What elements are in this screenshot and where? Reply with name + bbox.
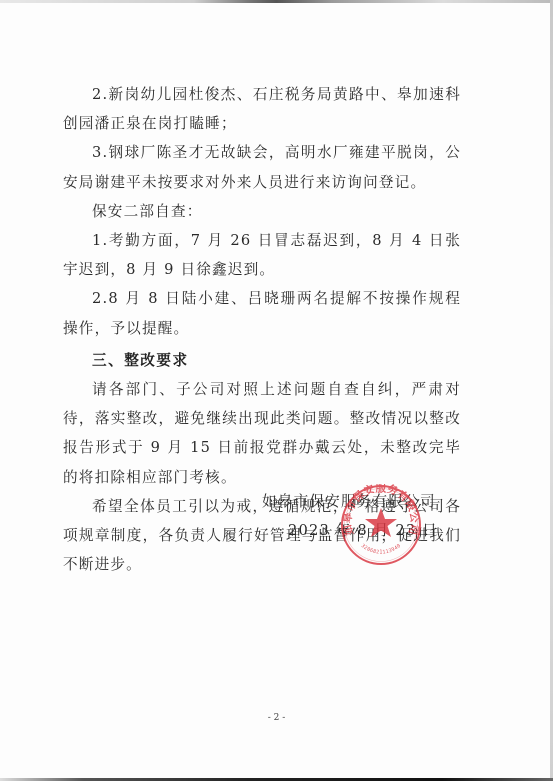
paragraph-self-check-title: 保安二部自查： bbox=[63, 197, 461, 226]
paragraph-item-2: 2.新岗幼儿园杜俊杰、石庄税务局黄路中、皋加速科创园潘正泉在岗打瞌睡； bbox=[63, 80, 461, 138]
paragraph-item-3: 3.钢球厂陈圣才无故缺会，高明水厂雍建平脱岗，公安局谢建平未按要求对外来人员进行… bbox=[63, 138, 461, 196]
company-seal-stamp-icon: 如皋市保安服务有限公司 3206821113940 bbox=[340, 484, 422, 566]
section-heading-rectification: 三、整改要求 bbox=[63, 346, 461, 375]
paragraph-rectification-requirement: 请各部门、子公司对照上述问题自查自纠，严肃对待，落实整改，避免继续出现此类问题。… bbox=[63, 375, 461, 492]
svg-text:3206821113940: 3206821113940 bbox=[360, 543, 402, 556]
paragraph-attendance: 1.考勤方面，7 月 26 日冒志磊迟到，8 月 4 日张宇迟到，8 月 9 日… bbox=[63, 226, 461, 284]
scan-edge-top bbox=[0, 0, 553, 3]
paragraph-escort-procedure: 2.8 月 8 日陆小建、吕晓珊两名提解不按操作规程操作，予以提醒。 bbox=[63, 284, 461, 342]
page-number: - 2 - bbox=[0, 713, 553, 723]
